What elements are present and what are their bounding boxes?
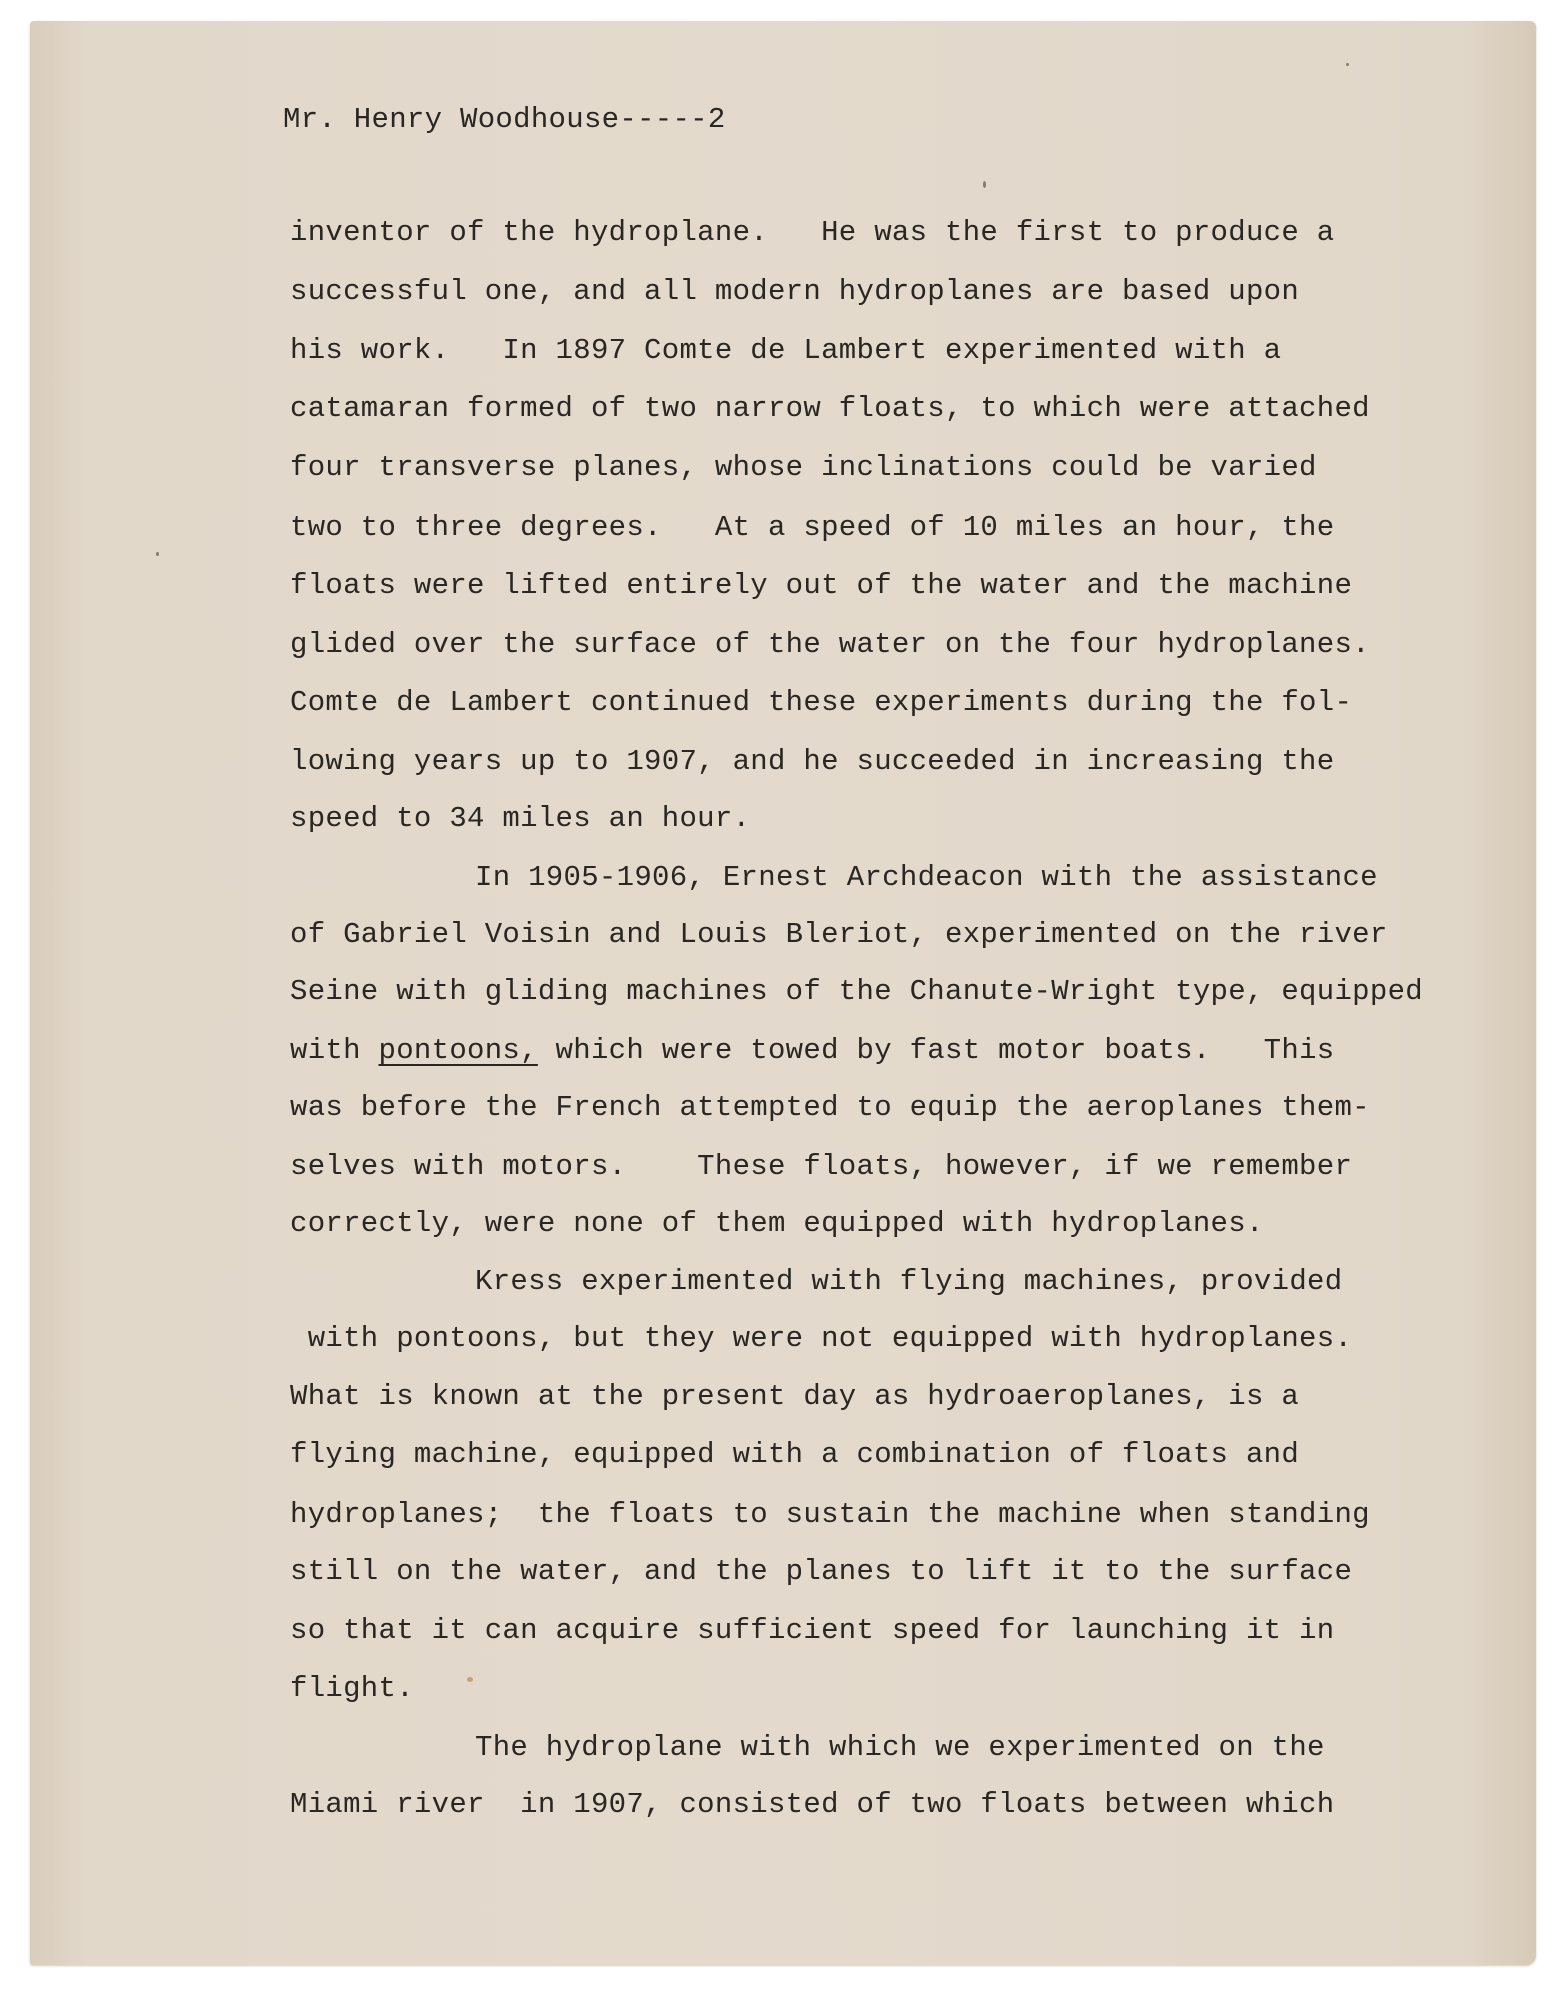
- text-line: Miami river in 1907, consisted of two fl…: [290, 1788, 1334, 1822]
- text-line: with pontoons, which were towed by fast …: [290, 1034, 1334, 1068]
- text-line: his work. In 1897 Comte de Lambert exper…: [290, 334, 1281, 368]
- text-line: inventor of the hydroplane. He was the f…: [290, 216, 1334, 250]
- underlined-word: pontoons,: [379, 1034, 538, 1067]
- text-line: four transverse planes, whose inclinatio…: [290, 451, 1317, 485]
- text-line: two to three degrees. At a speed of 10 m…: [290, 511, 1334, 545]
- text-line: catamaran formed of two narrow floats, t…: [290, 392, 1370, 426]
- paper-speck: [983, 181, 986, 188]
- paragraph-first-line: The hydroplane with which we experimente…: [475, 1731, 1325, 1765]
- paragraph-first-line: Kress experimented with flying machines,…: [475, 1265, 1342, 1299]
- text-line: was before the French attempted to equip…: [290, 1091, 1370, 1125]
- text-line: glided over the surface of the water on …: [290, 628, 1370, 662]
- text-line: Comte de Lambert continued these experim…: [290, 686, 1352, 720]
- paper-speck: [156, 552, 159, 556]
- page-header: Mr. Henry Woodhouse-----2: [283, 103, 726, 137]
- text-line: What is known at the present day as hydr…: [290, 1380, 1299, 1414]
- text-line: still on the water, and the planes to li…: [290, 1555, 1352, 1589]
- text-line: lowing years up to 1907, and he succeede…: [290, 745, 1334, 779]
- paper-speck: [1346, 63, 1349, 66]
- text-line: selves with motors. These floats, howeve…: [290, 1150, 1352, 1184]
- text-line: flying machine, equipped with a combinat…: [290, 1438, 1299, 1472]
- paper-speck: [467, 1677, 473, 1682]
- text-line: so that it can acquire sufficient speed …: [290, 1614, 1334, 1648]
- paragraph-first-line: In 1905-1906, Ernest Archdeacon with the…: [475, 861, 1378, 895]
- text-line: with pontoons, but they were not equippe…: [290, 1322, 1352, 1356]
- text-line: flight.: [290, 1672, 414, 1706]
- text-line: correctly, were none of them equipped wi…: [290, 1207, 1264, 1241]
- text-line: Seine with gliding machines of the Chanu…: [290, 975, 1423, 1009]
- text-line: hydroplanes; the floats to sustain the m…: [290, 1498, 1370, 1532]
- text-line: floats were lifted entirely out of the w…: [290, 569, 1352, 603]
- text-line: successful one, and all modern hydroplan…: [290, 275, 1299, 309]
- text-line: speed to 34 miles an hour.: [290, 802, 750, 836]
- text-line: of Gabriel Voisin and Louis Bleriot, exp…: [290, 918, 1388, 952]
